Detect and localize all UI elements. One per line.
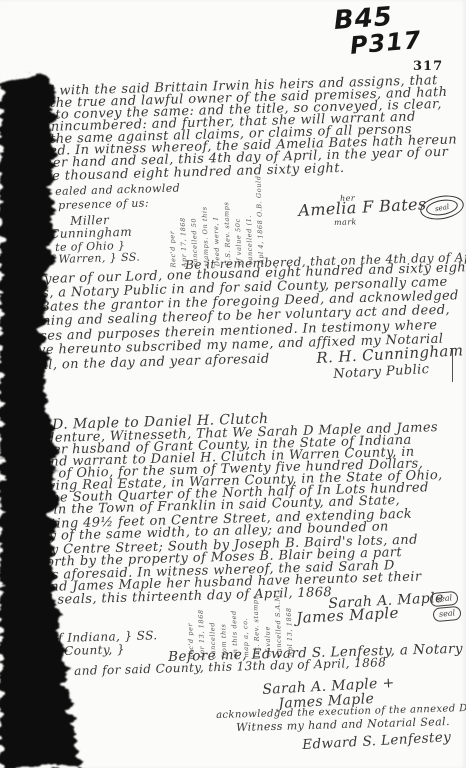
deed2-ack-line: and for said County, this 13th day of Ap… — [74, 656, 386, 677]
deed1-witness-line: Cunningham — [50, 226, 132, 240]
seal-label: seal — [436, 593, 453, 603]
deed1-jurat-line: f Warren, } SS. — [50, 251, 140, 265]
notary-lenfestey-signature: Edward S. Lenfestey — [302, 731, 452, 752]
stamp-note-line: Apl 4, 1868 O.B. Gould — [254, 176, 265, 265]
her-mark-label-top: her — [340, 195, 355, 203]
seal-box: seal — [429, 591, 458, 607]
revenue-stamp-note: Rec'd per Apr 17, 1868 cancelled 50 stam… — [167, 184, 266, 267]
deed-record-scan: B45 P317 317 d with the said Brittain Ir… — [0, 0, 466, 768]
amelia-bates-signature: Amelia F Bates — [298, 196, 427, 219]
stamp-note-line: Rec'd per — [168, 230, 177, 267]
her-mark-label-bottom: mark — [334, 218, 357, 227]
deed1-witness-line: ealed and acknowled — [55, 183, 180, 197]
seal-label: seal — [434, 202, 449, 212]
deed1-witness-line: presence of us: — [58, 197, 149, 211]
notary-title: Notary Public — [333, 363, 430, 381]
printed-page-number: 317 — [413, 60, 443, 73]
deed2-jurat-line: County, } — [64, 643, 125, 657]
james-maple-signature: James Maple — [296, 606, 399, 626]
page-reference: P317 — [349, 28, 423, 58]
seal-label: seal — [439, 608, 456, 618]
seal-box: seal — [432, 606, 461, 622]
pen-stroke — [452, 348, 453, 382]
